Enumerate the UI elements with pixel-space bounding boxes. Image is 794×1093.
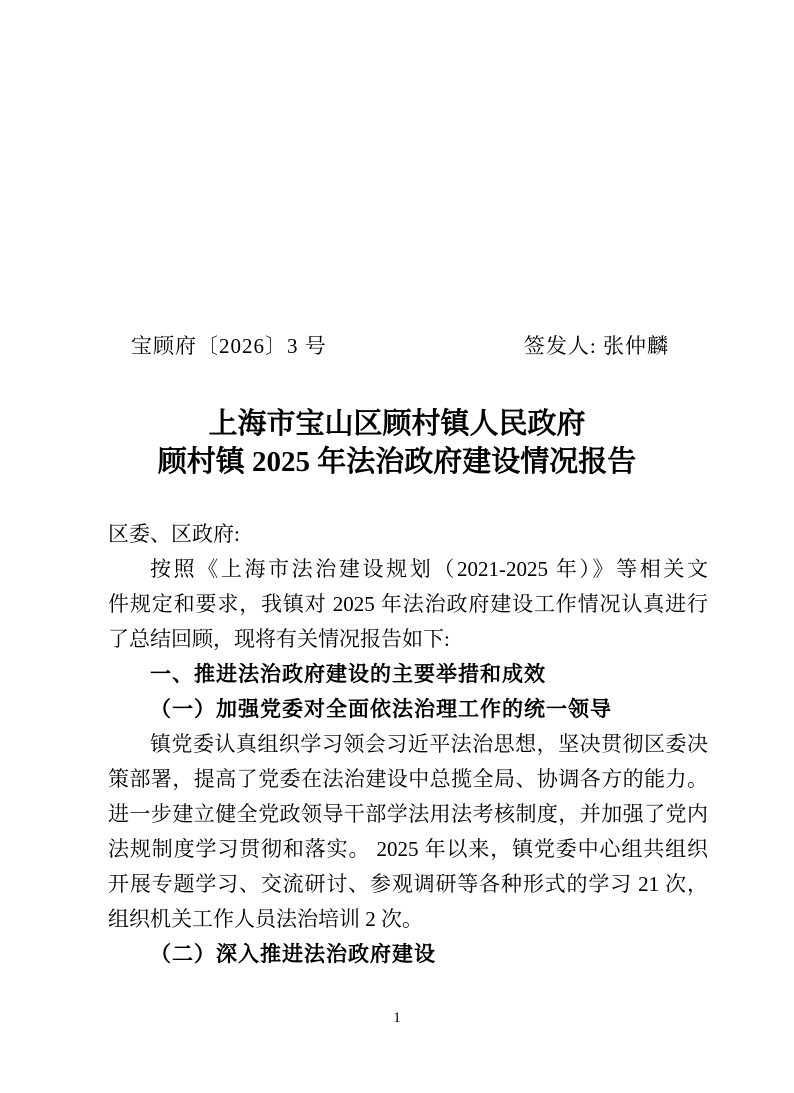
signer-name: 签发人: 张仲麟 [524, 332, 708, 360]
salutation: 区委、区政府: [108, 517, 708, 552]
paragraph-line: 开展专题学习、交流研讨、参观调研等各种形式的学习 21 次， [108, 867, 708, 902]
section-1-heading: 一、推进法治政府建设的主要举措和成效 [108, 657, 708, 692]
paragraph-line: 镇党委认真组织学习领会习近平法治思想，坚决贯彻区委决 [108, 727, 708, 762]
docnum-line: 宝顾府〔2026〕3 号 签发人: 张仲麟 [108, 332, 708, 360]
doc-number: 宝顾府〔2026〕3 号 [108, 332, 327, 360]
paragraph-line: 了总结回顾，现将有关情况报告如下: [108, 622, 708, 657]
paragraph-line: 法规制度学习贯彻和落实。 2025 年以来，镇党委中心组共组织 [108, 832, 708, 867]
page-number: 1 [0, 1008, 794, 1028]
subsection-1-2-heading: （二）深入推进法治政府建设 [108, 937, 708, 972]
title-line-2: 顾村镇 2025 年法治政府建设情况报告 [0, 443, 794, 481]
paragraph-line: 按照《上海市法治建设规划（2021-2025 年）》等相关文 [108, 552, 708, 587]
paragraph-line: 策部署，提高了党委在法治建设中总揽全局、协调各方的能力。 [108, 762, 708, 797]
document-body: 区委、区政府: 按照《上海市法治建设规划（2021-2025 年）》等相关文 件… [108, 517, 708, 972]
title-line-1: 上海市宝山区顾村镇人民政府 [0, 405, 794, 443]
paragraph-line: 组织机关工作人员法治培训 2 次。 [108, 902, 708, 937]
paragraph-line: 件规定和要求，我镇对 2025 年法治政府建设工作情况认真进行 [108, 587, 708, 622]
document-title: 上海市宝山区顾村镇人民政府 顾村镇 2025 年法治政府建设情况报告 [0, 405, 794, 481]
document-page: 宝顾府〔2026〕3 号 签发人: 张仲麟 上海市宝山区顾村镇人民政府 顾村镇 … [0, 0, 794, 1093]
subsection-1-1-heading: （一）加强党委对全面依法治理工作的统一领导 [108, 692, 708, 727]
paragraph-line: 进一步建立健全党政领导干部学法用法考核制度，并加强了党内 [108, 797, 708, 832]
